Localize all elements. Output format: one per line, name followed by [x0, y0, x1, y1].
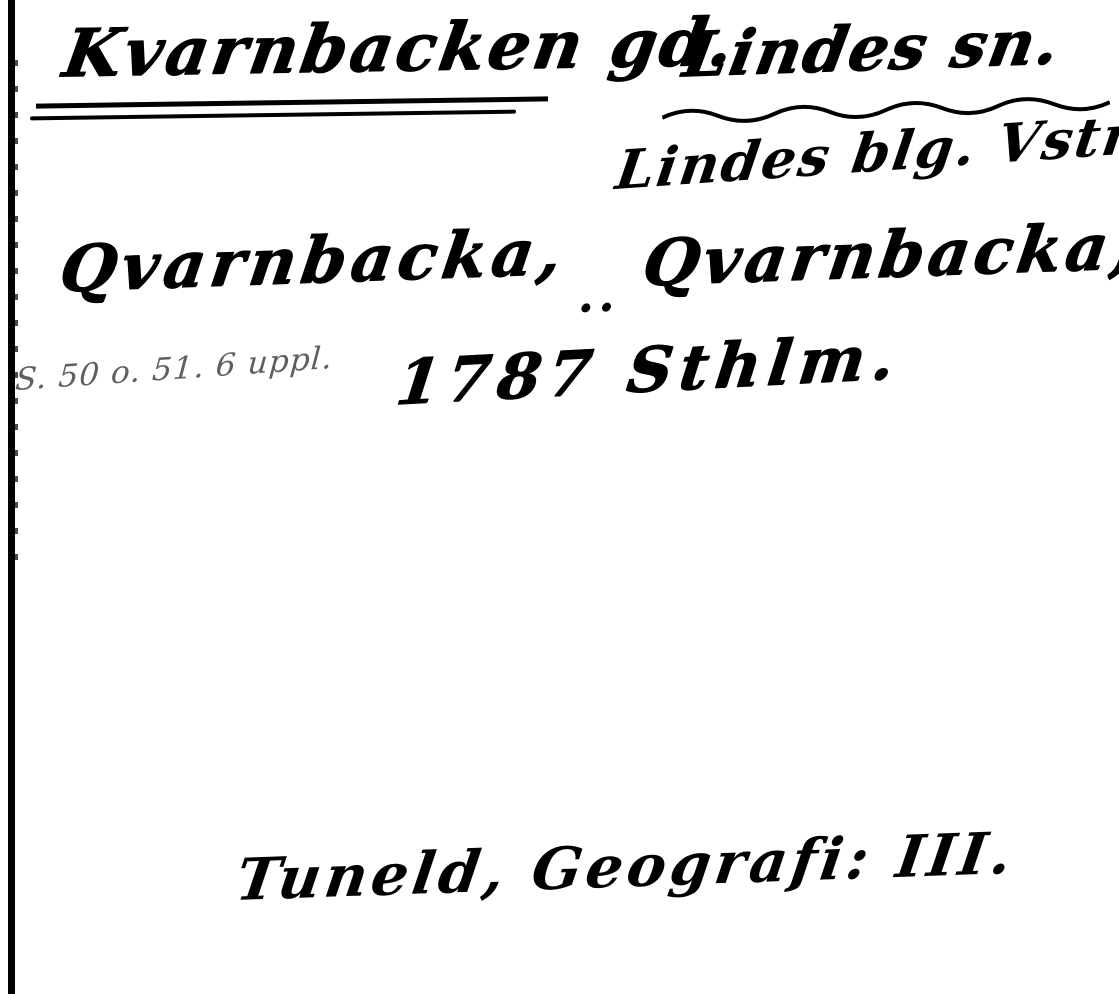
source-citation: Tuneld, Geografi: III. — [232, 819, 1020, 914]
variant-name-right: Qvarnbacka, — [638, 209, 1119, 301]
headword: Kvarnbacken — [58, 5, 591, 92]
headword-underline-bottom — [30, 110, 516, 121]
parish-name: Lindes sn. — [678, 5, 1067, 91]
variant-name-left: Qvarnbacka, — [55, 214, 571, 307]
headword-underline-top — [36, 96, 548, 108]
scan-edge-border — [8, 0, 15, 994]
archive-card: Kvarnbacken gd. Lindes sn. Lindes blg. V… — [0, 0, 1119, 994]
headword-line: Kvarnbacken gd. — [58, 2, 742, 92]
edition-line: 1787 Sthlm. — [392, 320, 905, 419]
pencil-note: S. 50 o. 51. 6 uppl. — [14, 340, 334, 398]
variant-separator-dots: .. — [576, 267, 619, 324]
